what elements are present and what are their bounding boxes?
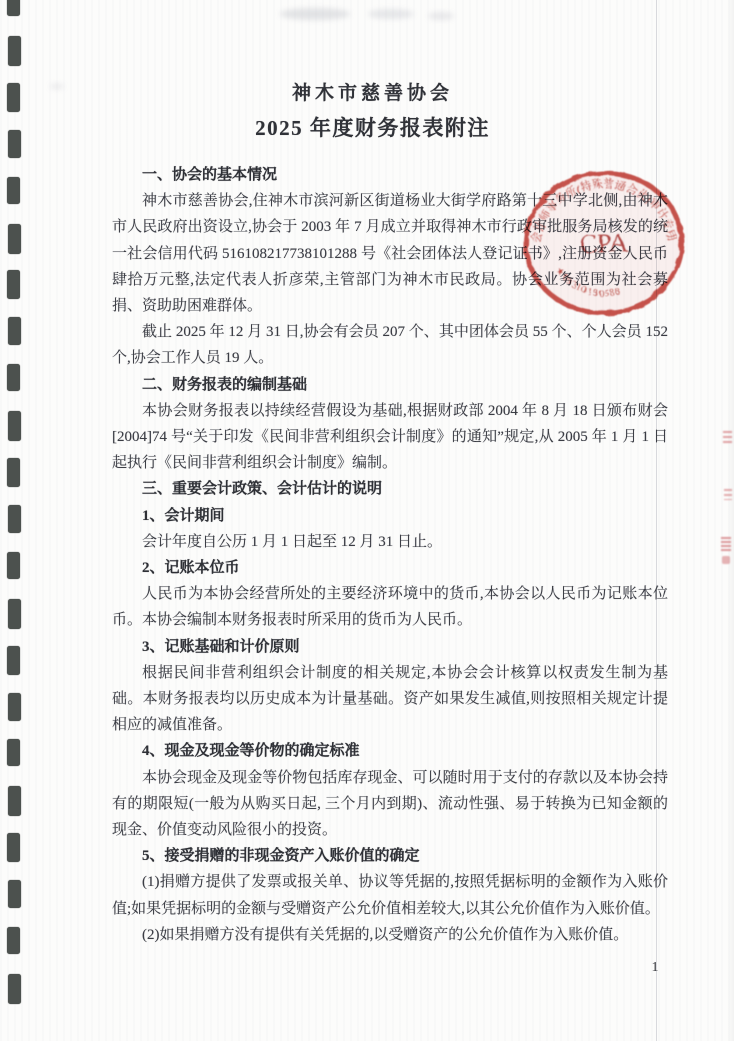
binder-holes-strip — [0, 0, 30, 1041]
seal-cpa-text: CPA — [579, 228, 628, 259]
binder-hole-mark — [7, 833, 20, 862]
paragraph: 会计年度自公历 1 月 1 日起至 12 月 31 日止。 — [112, 529, 668, 555]
binder-hole-mark — [7, 739, 20, 766]
binder-hole-mark — [8, 224, 21, 254]
section-heading: 2、记账本位币 — [112, 555, 668, 581]
paragraph: 根据民间非营利组织会计制度的相关规定,本协会会计核算以权责发生制为基础。本财务报… — [112, 660, 668, 739]
paragraph: 本协会财务报表以持续经营假设为基础,根据财政部 2004 年 8 月 18 日颁… — [112, 398, 668, 477]
cpa-seal-stamp: 会计师事务所(特殊普通合伙)审计专用章 CPA ★09310190588 — [515, 164, 694, 326]
document-title: 神木市慈善协会 — [80, 78, 665, 105]
section-heading: 二、财务报表的编制基础 — [112, 372, 668, 398]
scan-smudge — [280, 8, 350, 20]
document-header: 神木市慈善协会 2025 年度财务报表附注 — [80, 78, 665, 142]
scan-smudge — [428, 12, 454, 20]
paragraph: 本协会现金及现金等价物包括库存现金、可以随时用于支付的存款以及本协会持有的期限短… — [112, 765, 668, 844]
paragraph: 人民币为本协会经营所处的主要经济环境中的货币,本协会以人民币为记账本位币。本协会… — [112, 581, 668, 633]
binder-hole-mark — [8, 317, 21, 345]
binder-hole-mark — [8, 36, 21, 66]
page-edge-shadow — [727, 0, 734, 1041]
cpa-seal-graphic: 会计师事务所(特殊普通合伙)审计专用章 CPA ★09310190588 — [515, 164, 694, 326]
scanned-document-page: 神木市慈善协会 2025 年度财务报表附注 一、协会的基本情况神木市慈善协会,住… — [0, 0, 734, 1041]
binder-hole-mark — [7, 458, 20, 487]
binder-hole-mark — [7, 83, 20, 112]
page-number: 1 — [645, 960, 665, 976]
document-subtitle: 2025 年度财务报表附注 — [80, 112, 665, 142]
binder-hole-mark — [8, 599, 21, 629]
section-heading: 1、会计期间 — [112, 503, 668, 529]
binder-hole-mark — [8, 693, 21, 721]
binder-hole-mark — [8, 130, 21, 158]
binder-hole-mark — [8, 786, 21, 816]
binder-hole-mark — [8, 505, 21, 533]
scan-smudge — [50, 84, 64, 89]
paragraph: (1)捐赠方提供了发票或报关单、协议等凭据的,按照凭据标明的金额作为入账价值;如… — [112, 869, 668, 921]
binder-hole-mark — [7, 364, 20, 391]
binder-hole-mark — [7, 927, 20, 954]
paragraph: (2)如果捐赠方没有提供有关凭据的,以受赠资产的公允价值作为入账价值。 — [112, 922, 668, 948]
binder-hole-mark — [7, 177, 20, 204]
binder-hole-mark — [8, 880, 21, 908]
binder-hole-mark — [8, 411, 21, 441]
scan-smudge — [368, 9, 414, 19]
binder-hole-mark — [8, 974, 21, 1004]
binder-hole-mark — [7, 552, 20, 579]
binder-hole-mark — [7, 0, 20, 16]
section-heading: 5、接受捐赠的非现金资产入账价值的确定 — [112, 843, 668, 869]
section-heading: 三、重要会计政策、会计估计的说明 — [112, 476, 668, 502]
paragraph: 截止 2025 年 12 月 31 日,协会有会员 207 个、其中团体会员 5… — [112, 319, 668, 371]
binder-hole-mark — [7, 646, 20, 675]
binder-hole-mark — [7, 270, 20, 299]
section-heading: 4、现金及现金等价物的确定标准 — [112, 738, 668, 764]
section-heading: 3、记账基础和计价原则 — [112, 634, 668, 660]
